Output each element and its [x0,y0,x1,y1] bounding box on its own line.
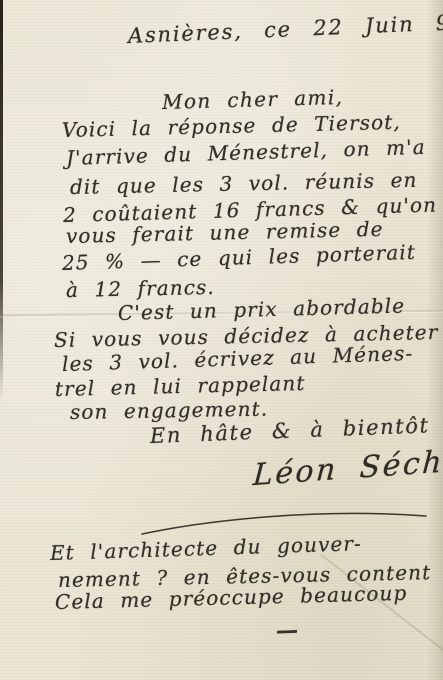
signature: Léon Séché [252,443,443,493]
end-dash: — [276,617,299,644]
body-line: trel en lui rappelant [55,371,306,401]
scan-edge-left [0,0,3,400]
body-line: à 12 francs. [66,275,215,302]
date-line: Asnières, ce 22 Juin 91 [127,10,443,48]
letter-paper: Asnières, ce 22 Juin 91 Mon cher ami, Vo… [0,0,443,680]
salutation-line: Mon cher ami, [162,85,344,114]
postscript-line: Et l'architecte du gouver- [50,531,363,565]
